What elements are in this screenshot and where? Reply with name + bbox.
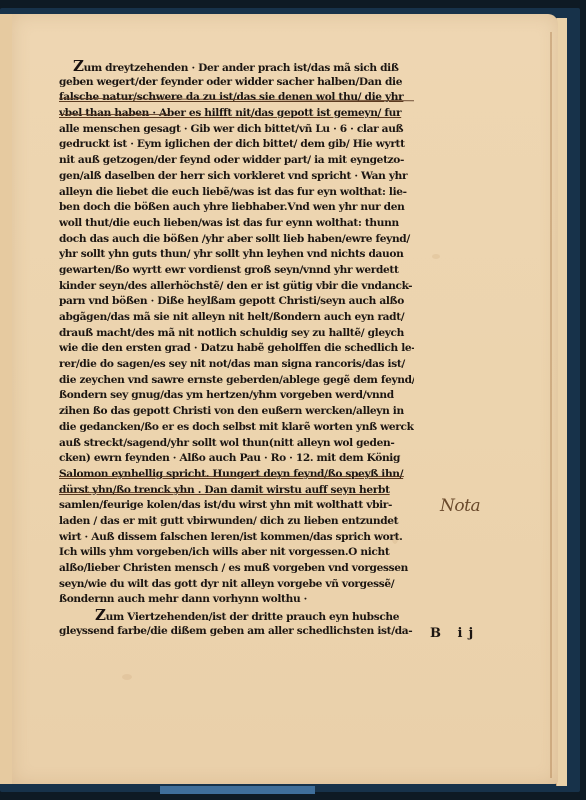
text-line: wirt · Auß dissem falschen leren/ist kom… (59, 530, 414, 546)
body-text: Zum dreytzehenden · Der ander prach ist/… (59, 59, 414, 639)
text-line-content: um Viertzehenden/ist der dritte prauch e… (106, 611, 400, 623)
text-line-content: die zeychen vnd sawre ernste geberden/ab… (59, 374, 414, 386)
text-line: alle menschen gesagt · Gib wer dich bitt… (59, 122, 414, 138)
text-line: alßo/lieber Christen mensch / es muß vor… (59, 561, 414, 577)
text-line: geben wegert/der feynder oder widder sac… (59, 75, 414, 91)
drop-initial: Z (73, 59, 84, 75)
text-line-underlined: Salomon eynhellig spricht. Hungert deyn … (59, 467, 414, 483)
text-line-content: wirt · Auß dissem falschen leren/ist kom… (59, 531, 403, 543)
text-line: Ich wills yhm vorgeben/ich wills aber ni… (59, 545, 414, 561)
signature-mark: B ij (430, 626, 479, 641)
text-line-content: gedruckt ist · Eym iglichen der dich bit… (59, 138, 405, 150)
paper-stain (432, 254, 440, 259)
text-line-content: ßondern sey gnug/das ym hertzen/yhm vorg… (59, 389, 394, 401)
text-line-content: woll thut/die euch lieben/was ist das fu… (59, 217, 399, 229)
text-line: parn vnd bößen · Diße heylßam gepott Chr… (59, 294, 414, 310)
text-line-content: cken) ewrn feynden · Alßo auch Pau · Ro … (59, 452, 400, 464)
text-line: Zum dreytzehenden · Der ander prach ist/… (59, 59, 414, 75)
text-line: gleyssend farbe/die dißem geben am aller… (59, 624, 414, 640)
text-line: laden / das er mit gutt vbirwunden/ dich… (59, 514, 414, 530)
text-line-content: rer/die do sagen/es sey nit not/das man … (59, 358, 405, 370)
text-line: wie die den ersten grad · Datzu habẽ geh… (59, 341, 414, 357)
text-line: seyn/wie du wilt das gott dyr nit alleyn… (59, 577, 414, 593)
text-line-content: dürst yhn/ßo trenck yhn . Dan damit wirs… (59, 484, 390, 496)
marginal-note: Nota (440, 496, 480, 516)
text-line-content: seyn/wie du wilt das gott dyr nit alleyn… (59, 578, 394, 590)
text-line: gedruckt ist · Eym iglichen der dich bit… (59, 137, 414, 153)
text-line: die zeychen vnd sawre ernste geberden/ab… (59, 373, 414, 389)
text-line: gen/alß daselben der herr sich vorkleret… (59, 169, 414, 185)
text-line-content: gen/alß daselben der herr sich vorkleret… (59, 170, 407, 182)
text-line-content: ßondernn auch mehr dann vorhynn wolthu · (59, 593, 307, 605)
text-line-content: laden / das er mit gutt vbirwunden/ dich… (59, 515, 398, 527)
text-line: ben doch die bößen auch yhre liebhaber.V… (59, 200, 414, 216)
text-line: die gedancken/ßo er es doch selbst mit k… (59, 420, 414, 436)
text-line-underlined: dürst yhn/ßo trenck yhn . Dan damit wirs… (59, 483, 414, 499)
text-line: cken) ewrn feynden · Alßo auch Pau · Ro … (59, 451, 414, 467)
text-line: zihen ßo das gepott Christi von den euße… (59, 404, 414, 420)
text-line: alleyn die liebet die euch liebẽ/was ist… (59, 185, 414, 201)
text-line-content: samlen/feurige kolen/das ist/du wirst yh… (59, 499, 392, 511)
annotation-underline (59, 492, 189, 493)
text-line-content: doch das auch die bößen /yhr aber sollt … (59, 233, 410, 245)
text-line-content: Ich wills yhm vorgeben/ich wills aber ni… (59, 546, 389, 558)
text-line-content: alle menschen gesagt · Gib wer dich bitt… (59, 123, 403, 135)
text-line-content: yhr sollt yhn guts thun/ yhr sollt yhn l… (59, 248, 403, 260)
text-line: doch das auch die bößen /yhr aber sollt … (59, 232, 414, 248)
text-line: ßondern sey gnug/das ym hertzen/yhm vorg… (59, 388, 414, 404)
text-line: kinder seyn/des allerhöchstẽ/ den er ist… (59, 279, 414, 295)
text-line-content: geben wegert/der feynder oder widder sac… (59, 76, 402, 88)
text-line-content: auß streckt/sagend/yhr sollt wol thun(ni… (59, 437, 394, 449)
annotation-underline (59, 114, 169, 115)
text-line-content: kinder seyn/des allerhöchstẽ/ den er ist… (59, 280, 412, 292)
book-page: Zum dreytzehenden · Der ander prach ist/… (12, 14, 558, 784)
text-line-content: wie die den ersten grad · Datzu habẽ geh… (59, 342, 414, 354)
text-line: woll thut/die euch lieben/was ist das fu… (59, 216, 414, 232)
text-line: samlen/feurige kolen/das ist/du wirst yh… (59, 498, 414, 514)
cover-ribbon-tab (160, 786, 315, 794)
text-line-content: nit auß getzogen/der feynd oder widder p… (59, 154, 404, 166)
text-line: drauß macht/des mã nit notlich schuldig … (59, 326, 414, 342)
text-line-content: alleyn die liebet die euch liebẽ/was ist… (59, 186, 407, 198)
text-line-content: alßo/lieber Christen mensch / es muß vor… (59, 562, 408, 574)
text-line-content: gleyssend farbe/die dißem geben am aller… (59, 625, 412, 637)
text-line-content: Salomon eynhellig spricht. Hungert deyn … (59, 468, 403, 480)
text-line-content: die gedancken/ßo er es doch selbst mit k… (59, 421, 414, 433)
text-line: abgãgen/das mã sie nit alleyn nit helt/ß… (59, 310, 414, 326)
text-line-content: parn vnd bößen · Diße heylßam gepott Chr… (59, 295, 404, 307)
text-line: gewarten/ßo wyrtt ewr vordienst groß sey… (59, 263, 414, 279)
text-line: yhr sollt yhn guts thun/ yhr sollt yhn l… (59, 247, 414, 263)
text-line: rer/die do sagen/es sey nit not/das man … (59, 357, 414, 373)
text-line-content: abgãgen/das mã sie nit alleyn nit helt/ß… (59, 311, 404, 323)
text-line-content: zihen ßo das gepott Christi von den euße… (59, 405, 404, 417)
text-line-content: drauß macht/des mã nit notlich schuldig … (59, 327, 404, 339)
annotation-underline (59, 476, 404, 477)
text-line: auß streckt/sagend/yhr sollt wol thun(ni… (59, 436, 414, 452)
text-line-content: gewarten/ßo wyrtt ewr vordienst groß sey… (59, 264, 399, 276)
text-line-content: um dreytzehenden · Der ander prach ist/d… (84, 62, 399, 74)
paper-stain (122, 674, 132, 680)
text-line: nit auß getzogen/der feynd oder widder p… (59, 153, 414, 169)
text-line-content: ben doch die bößen auch yhre liebhaber.V… (59, 201, 404, 213)
text-line: Zum Viertzehenden/ist der dritte prauch … (59, 608, 414, 624)
text-line: ßondernn auch mehr dann vorhynn wolthu · (59, 592, 414, 608)
drop-initial: Z (95, 608, 106, 624)
